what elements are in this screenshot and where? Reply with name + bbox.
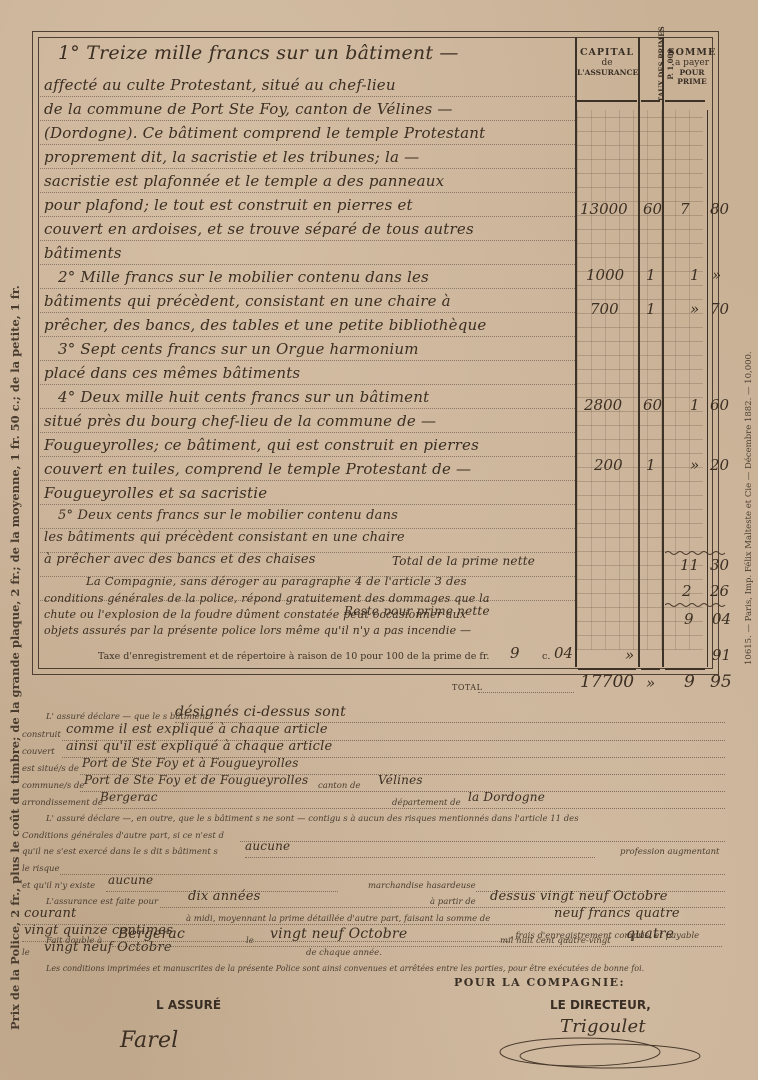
ruled-line bbox=[40, 264, 575, 265]
total-taux: » bbox=[646, 674, 655, 692]
ruled-line bbox=[40, 192, 575, 193]
decl-l13-left-value: courant bbox=[24, 906, 76, 921]
decl-l12-right-value: dessus vingt neuf Octobre bbox=[490, 889, 668, 904]
body-line: (Dordogne). Ce bâtiment comprend le temp… bbox=[44, 124, 485, 142]
body-line: Fougueyrolles; ce bâtiment, qui est cons… bbox=[44, 436, 479, 454]
tax-c-label: c. bbox=[542, 651, 550, 662]
somme-header-sub: a payer bbox=[664, 58, 720, 68]
reste-fr: 9 bbox=[684, 610, 694, 628]
decl-l13-value: neuf francs quatre bbox=[554, 906, 680, 921]
decl-l15-right: de chaque année. bbox=[306, 948, 382, 958]
row1-capital: 13000 bbox=[580, 200, 628, 218]
header-rule bbox=[665, 100, 705, 102]
fait-double-year-label: mil huit cent quatre-vingt bbox=[500, 936, 611, 946]
clause-line: objets assurés par la présente police lo… bbox=[44, 624, 471, 637]
decl-l6-dept-value: la Dordogne bbox=[468, 790, 545, 804]
decl-l2-label: construit bbox=[22, 730, 61, 740]
capital-column-left-border bbox=[575, 37, 577, 667]
total-rule bbox=[665, 668, 705, 670]
deduction-fr: 2 bbox=[682, 582, 692, 600]
ruled-line bbox=[40, 240, 575, 241]
decl-l9-right: profession augmentant bbox=[620, 847, 719, 857]
decl-l16: Les conditions imprimées et manuscrites … bbox=[46, 964, 644, 973]
ruled-line bbox=[40, 456, 575, 457]
row2-somme-fr: 1 bbox=[690, 266, 700, 284]
prime-nette-fr: 11 bbox=[680, 556, 699, 574]
total-capital: 17700 bbox=[580, 672, 634, 692]
decl-l6-dept-label: département de bbox=[392, 798, 461, 808]
row1-somme-fr: 7 bbox=[680, 200, 690, 218]
total-dotted bbox=[478, 692, 574, 693]
tax-prime-fr: 9 bbox=[510, 644, 520, 662]
fill-line bbox=[112, 946, 722, 947]
fait-double-place: Bergerac bbox=[118, 926, 185, 942]
body-line: situé près du bourg chef-lieu de la comm… bbox=[44, 412, 436, 430]
decl-l3-value: ainsi qu'il est expliqué à chaque articl… bbox=[66, 739, 332, 754]
clause-line: La Compagnie, sans déroger au paragraphe… bbox=[86, 574, 467, 588]
body-line: sacristie est plafonnée et le temple a d… bbox=[44, 172, 444, 190]
tax-prime-c: 04 bbox=[554, 644, 573, 662]
fill-line bbox=[245, 857, 595, 858]
fill-line bbox=[80, 791, 725, 792]
body-line: bâtiments bbox=[44, 244, 122, 262]
decl-l11-right: marchandise hasardeuse bbox=[368, 881, 476, 891]
body-line: 3° Sept cents francs sur un Orgue harmon… bbox=[58, 340, 419, 358]
decl-l4-value: Port de Ste Foy et à Fougueyrolles bbox=[82, 756, 299, 770]
header-rule bbox=[577, 100, 637, 102]
row4-capital: 2800 bbox=[584, 396, 622, 414]
director-label: LE DIRECTEUR, bbox=[550, 998, 651, 1012]
fait-double-year-value: quatre bbox=[626, 926, 674, 942]
row1-somme-c: 80 bbox=[710, 200, 729, 218]
somme-cents-divider bbox=[707, 110, 708, 667]
capital-header: CAPITAL de L'ASSURANCE bbox=[577, 47, 637, 77]
ruled-line bbox=[40, 216, 575, 217]
body-line: 2° Mille francs sur le mobilier contenu … bbox=[58, 268, 429, 286]
body-line: de la commune de Port Ste Foy, canton de… bbox=[44, 100, 453, 118]
decl-l1-value: désignés ci-dessus sont bbox=[175, 704, 346, 720]
ruled-line bbox=[40, 480, 575, 481]
body-line: pour plafond; le tout est construit en p… bbox=[44, 196, 413, 214]
ruled-line bbox=[40, 384, 575, 385]
row2-taux: 1 bbox=[646, 266, 656, 284]
header-rule bbox=[641, 100, 660, 102]
row1-taux: 60 bbox=[643, 200, 662, 218]
body-line: 5° Deux cents francs sur le mobilier con… bbox=[58, 508, 398, 523]
ruled-line bbox=[40, 120, 575, 121]
decl-l5-value: Port de Ste Foy et de Fougueyrolles bbox=[84, 773, 308, 787]
ruled-line bbox=[40, 408, 575, 409]
row5-capital: 200 bbox=[594, 456, 623, 474]
ruled-line bbox=[40, 360, 575, 361]
fill-line bbox=[98, 808, 725, 809]
decl-l4-label: est situé/s de bbox=[22, 764, 79, 774]
printer-margin-note: 10615. — Paris, Imp. Félix Malteste et C… bbox=[744, 351, 754, 665]
total-label: TOTAL bbox=[452, 683, 482, 692]
ruled-line bbox=[40, 168, 575, 169]
prime-nette-c: 30 bbox=[710, 556, 729, 574]
capital-header-sub: L'ASSURANCE bbox=[577, 68, 637, 77]
reste-c: 04 bbox=[712, 610, 731, 628]
decl-l7: L' assuré déclare —, en outre, que le s … bbox=[46, 814, 579, 824]
ruled-line bbox=[40, 336, 575, 337]
wavy-line bbox=[665, 602, 727, 608]
body-line: 1° Treize mille francs sur un bâtiment — bbox=[58, 42, 459, 64]
decl-l5-canton-value: Vélines bbox=[378, 773, 423, 787]
company-label: POUR LA COMPAGNIE: bbox=[454, 976, 625, 989]
decl-l11-label: et qu'il n'y existe bbox=[22, 881, 95, 891]
decl-l3-label: couvert bbox=[22, 747, 55, 757]
total-prime-nette-label: Total de la prime nette bbox=[392, 554, 535, 568]
taxe-c: 91 bbox=[712, 646, 731, 664]
ruled-line bbox=[40, 528, 575, 529]
decl-l9-label: qu'il ne s'est exercé dans le s dit s bâ… bbox=[22, 847, 218, 857]
body-line: proprement dit, la sacristie et les trib… bbox=[44, 148, 419, 166]
somme-header-sub2: POUR PRIME bbox=[664, 68, 720, 86]
body-line: couvert en ardoises, et se trouve séparé… bbox=[44, 220, 474, 238]
row3-capital: 700 bbox=[590, 300, 619, 318]
price-margin-note: Prix de la Police, 2 fr., plus le coût d… bbox=[8, 30, 22, 1030]
body-line: les bâtiments qui précèdent consistant e… bbox=[44, 530, 405, 545]
somme-header-title: SOMME bbox=[664, 47, 720, 58]
ruled-line bbox=[40, 96, 575, 97]
somme-header: SOMME a payer POUR PRIME bbox=[664, 47, 720, 86]
insured-signature: Farel bbox=[120, 1028, 178, 1053]
row3-somme-c: 70 bbox=[710, 300, 729, 318]
body-line: bâtiments qui précèdent, consistant en u… bbox=[44, 292, 451, 310]
row2-somme-c: » bbox=[712, 266, 721, 284]
decl-l9-value: aucune bbox=[245, 839, 290, 853]
total-rule bbox=[641, 668, 660, 670]
row4-somme-c: 60 bbox=[710, 396, 729, 414]
decl-l12-value: dix années bbox=[188, 889, 261, 904]
decl-l10-label: le risque bbox=[22, 864, 60, 874]
taux-column-right-border bbox=[662, 37, 664, 667]
decl-l6-label: arrondissement de bbox=[22, 798, 103, 808]
ruled-line bbox=[40, 312, 575, 313]
decl-l5-label: commune/s de bbox=[22, 781, 84, 791]
tax-label: Taxe d'enregistrement et de répertoire à… bbox=[98, 651, 489, 662]
capital-column-right-border bbox=[638, 37, 640, 667]
fill-line bbox=[60, 874, 725, 875]
row4-taux: 60 bbox=[643, 396, 662, 414]
decl-l5-canton-label: canton de bbox=[318, 781, 360, 791]
row5-taux: 1 bbox=[646, 456, 656, 474]
row3-taux: 1 bbox=[646, 300, 656, 318]
total-c: 95 bbox=[710, 672, 732, 692]
director-flourish bbox=[490, 1030, 710, 1080]
fait-double-le: le bbox=[246, 936, 254, 946]
decl-l2-value: comme il est expliqué à chaque article bbox=[66, 722, 328, 737]
deduction-c: 26 bbox=[710, 582, 729, 600]
decl-l6-value: Bergerac bbox=[100, 790, 158, 804]
body-line: prêcher, des bancs, des tables et une pe… bbox=[44, 316, 486, 334]
body-line: 4° Deux mille huit cents francs sur un b… bbox=[58, 388, 429, 406]
row2-capital: 1000 bbox=[586, 266, 624, 284]
insured-label: L ASSURÉ bbox=[156, 998, 221, 1012]
row5-somme-c: 20 bbox=[710, 456, 729, 474]
body-line: placé dans ces mêmes bâtiments bbox=[44, 364, 300, 382]
capital-header-title: CAPITAL bbox=[577, 47, 637, 58]
ruled-line bbox=[40, 144, 575, 145]
body-line: affecté au culte Protestant, situé au ch… bbox=[44, 76, 396, 94]
fill-line bbox=[240, 841, 725, 842]
fait-double-label: Fait double à bbox=[46, 936, 102, 946]
row4-somme-fr: 1 bbox=[690, 396, 700, 414]
body-line: à prêcher avec des bancs et des chaises bbox=[44, 552, 316, 567]
ruled-line bbox=[40, 504, 575, 505]
row5-somme-fr: » bbox=[690, 456, 699, 474]
body-line: Fougueyrolles et sa sacristie bbox=[44, 484, 267, 502]
row3-somme-fr: » bbox=[690, 300, 699, 318]
ruled-line bbox=[40, 432, 575, 433]
reste-label: Reste pour prime nette bbox=[344, 604, 490, 618]
total-fr: 9 bbox=[684, 672, 695, 692]
decl-l8: Conditions générales d'autre part, si ce… bbox=[22, 831, 224, 841]
capital-header-de: de bbox=[577, 58, 637, 68]
fait-double-date: vingt neuf Octobre bbox=[270, 926, 407, 942]
body-line: couvert en tuiles, comprend le temple Pr… bbox=[44, 460, 471, 478]
decl-l15-label: le bbox=[22, 948, 30, 958]
ruled-line bbox=[40, 288, 575, 289]
taxe-taux: » bbox=[625, 646, 634, 664]
decl-l13-text: à midi, moyennant la prime détaillée d'a… bbox=[186, 914, 490, 924]
total-rule bbox=[578, 668, 636, 670]
decl-l12-mid: à partir de bbox=[430, 897, 476, 907]
decl-l11-value: aucune bbox=[108, 873, 153, 887]
